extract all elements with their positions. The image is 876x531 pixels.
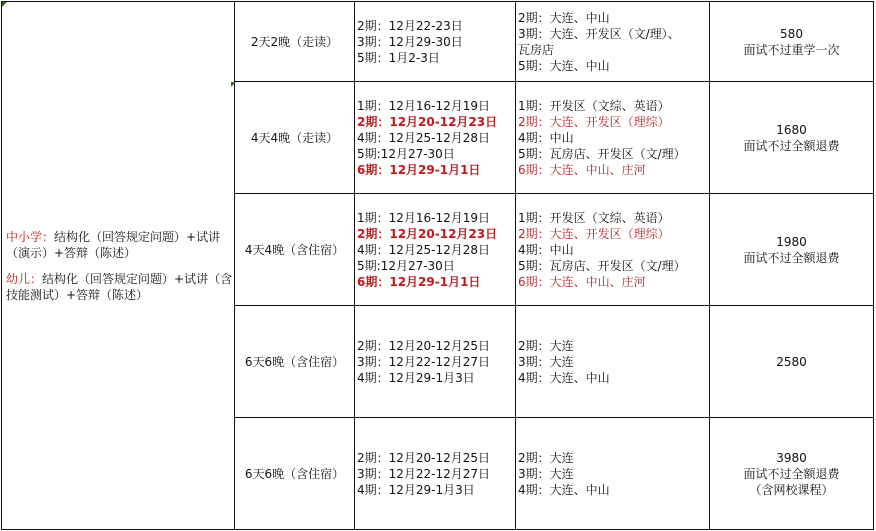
dates-cell: 1期：12月16-12月19日 2期：12月20-12月23日 4期：12月25… xyxy=(355,82,516,194)
location-line: 5期：大连、中山 xyxy=(518,58,709,74)
location-line-highlight: 2期：大连、开发区（理综） xyxy=(518,226,709,242)
date-line: 5期:12月27-30日 xyxy=(357,258,515,274)
preschool-label: 幼儿： xyxy=(6,272,42,286)
date-line: 2期：12月20-12月25日 xyxy=(357,338,515,354)
date-line: 3期：12月22-12月27日 xyxy=(357,354,515,370)
course-schedule-table: 中小学：结构化（回答规定问题）+试讲（演示）+答辩（陈述） 幼儿：结构化（回答规… xyxy=(1,1,874,530)
location-line: 4期：中山 xyxy=(518,130,709,146)
date-line-highlight: 6期：12月29-1月1日 xyxy=(357,162,515,178)
dates-cell: 2期：12月20-12月25日 3期：12月22-12月27日 4期：12月29… xyxy=(355,418,516,530)
duration-cell: 4天4晚（走读） xyxy=(235,82,355,194)
price-cell: 1680 面试不过全额退费 xyxy=(710,82,874,194)
locations-cell: 1期：开发区（文综、英语） 2期：大连、开发区（理综） 4期：中山 5期：瓦房店… xyxy=(516,194,710,306)
price-note: 面试不过全额退费 xyxy=(710,466,873,482)
date-line: 4期：12月25-12月28日 xyxy=(357,130,515,146)
duration-cell: 6天6晚（含住宿） xyxy=(235,418,355,530)
price-note-extra: （含网校课程） xyxy=(710,482,873,498)
location-line: 5期：瓦房店、开发区（文/理） xyxy=(518,258,709,274)
location-line: 4期：中山 xyxy=(518,242,709,258)
preschool-exam-desc: 幼儿：结构化（回答规定问题）+试讲（含技能测试）+答辩（陈述） xyxy=(6,271,234,303)
cell-comment-marker-icon xyxy=(231,82,236,87)
locations-cell: 1期：开发区（文综、英语） 2期：大连、开发区（理综） 4期：中山 5期：瓦房店… xyxy=(516,82,710,194)
location-line: 5期：瓦房店、开发区（文/理） xyxy=(518,146,709,162)
location-line: 4期：大连、中山 xyxy=(518,370,709,386)
location-line: 3期：大连 xyxy=(518,354,709,370)
location-line: 1期：开发区（文综、英语） xyxy=(518,98,709,114)
location-line-highlight: 6期：大连、中山、庄河 xyxy=(518,274,709,290)
locations-cell: 2期：大连 3期：大连 4期：大连、中山 xyxy=(516,418,710,530)
price-value: 1680 xyxy=(710,122,873,138)
dates-cell: 2期：12月20-12月25日 3期：12月22-12月27日 4期：12月29… xyxy=(355,306,516,418)
location-line: 瓦房店 xyxy=(518,42,709,58)
date-line: 4期：12月29-1月3日 xyxy=(357,482,515,498)
duration-cell: 2天2晚（走读） xyxy=(235,2,355,82)
date-line: 5期:12月27-30日 xyxy=(357,146,515,162)
price-cell: 1980 面试不过全额退费 xyxy=(710,194,874,306)
duration-cell: 6天6晚（含住宿） xyxy=(235,306,355,418)
date-line-highlight: 2期：12月20-12月23日 xyxy=(357,114,515,130)
cell-comment-marker-icon xyxy=(2,2,7,7)
table-row: 中小学：结构化（回答规定问题）+试讲（演示）+答辩（陈述） 幼儿：结构化（回答规… xyxy=(2,2,874,82)
location-line: 1期：开发区（文综、英语） xyxy=(518,210,709,226)
price-cell: 580 面试不过重学一次 xyxy=(710,2,874,82)
date-line: 2期：12月22-23日 xyxy=(357,18,515,34)
date-line: 5期：1月2-3日 xyxy=(357,50,515,66)
date-line: 1期：12月16-12月19日 xyxy=(357,210,515,226)
price-note: 面试不过全额退费 xyxy=(710,138,873,154)
exam-type-cell: 中小学：结构化（回答规定问题）+试讲（演示）+答辩（陈述） 幼儿：结构化（回答规… xyxy=(2,2,235,530)
date-line: 4期：12月25-12月28日 xyxy=(357,242,515,258)
date-line-highlight: 2期：12月20-12月23日 xyxy=(357,226,515,242)
primary-secondary-label: 中小学： xyxy=(6,230,54,244)
location-line: 4期：大连、中山 xyxy=(518,482,709,498)
price-cell: 3980 面试不过全额退费 （含网校课程） xyxy=(710,418,874,530)
location-line: 2期：大连 xyxy=(518,338,709,354)
dates-cell: 1期：12月16-12月19日 2期：12月20-12月23日 4期：12月25… xyxy=(355,194,516,306)
price-value: 2580 xyxy=(710,354,873,370)
price-value: 3980 xyxy=(710,450,873,466)
date-line: 4期：12月29-1月3日 xyxy=(357,370,515,386)
location-line-highlight: 2期：大连、开发区（理综） xyxy=(518,114,709,130)
price-note: 面试不过全额退费 xyxy=(710,250,873,266)
date-line: 3期：12月29-30日 xyxy=(357,34,515,50)
locations-cell: 2期：大连、中山 3期：大连、开发区（文/理）、 瓦房店 5期：大连、中山 xyxy=(516,2,710,82)
price-value: 1980 xyxy=(710,234,873,250)
primary-secondary-exam-desc: 中小学：结构化（回答规定问题）+试讲（演示）+答辩（陈述） xyxy=(6,229,234,261)
dates-cell: 2期：12月22-23日 3期：12月29-30日 5期：1月2-3日 xyxy=(355,2,516,82)
location-line: 2期：大连、中山 xyxy=(518,10,709,26)
price-note: 面试不过重学一次 xyxy=(710,42,873,58)
location-line: 2期：大连 xyxy=(518,450,709,466)
date-line: 3期：12月22-12月27日 xyxy=(357,466,515,482)
date-line: 1期：12月16-12月19日 xyxy=(357,98,515,114)
price-cell: 2580 xyxy=(710,306,874,418)
price-value: 580 xyxy=(710,26,873,42)
location-line-highlight: 6期：大连、中山、庄河 xyxy=(518,162,709,178)
location-line: 3期：大连、开发区（文/理）、 xyxy=(518,26,709,42)
date-line-highlight: 6期：12月29-1月1日 xyxy=(357,274,515,290)
date-line: 2期：12月20-12月25日 xyxy=(357,450,515,466)
duration-cell: 4天4晚（含住宿） xyxy=(235,194,355,306)
location-line: 3期：大连 xyxy=(518,466,709,482)
locations-cell: 2期：大连 3期：大连 4期：大连、中山 xyxy=(516,306,710,418)
